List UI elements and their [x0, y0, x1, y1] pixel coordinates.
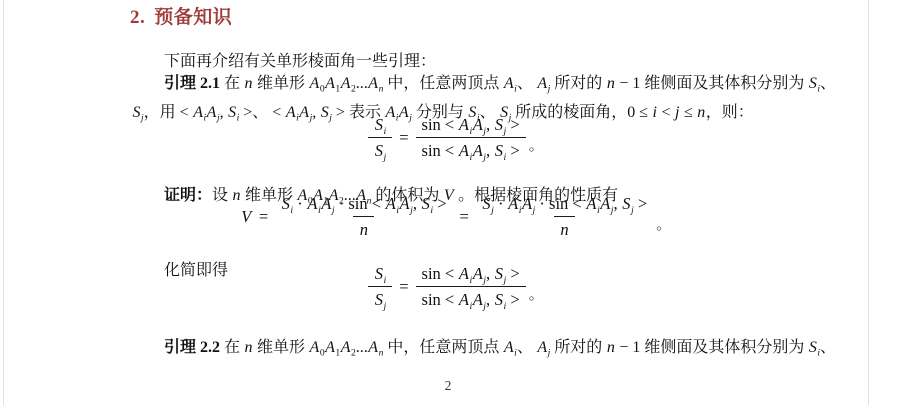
fraction-numerator: sin < AiAj, Sj > [416, 263, 526, 286]
fraction-si-sj: Si Sj [368, 114, 392, 161]
section-number: 2. [130, 7, 145, 28]
fraction-sin-ratio: sin < AiAj, Sj > sin < AiAj, Si > [416, 114, 526, 161]
formula-ratio-1: Si Sj = sin < AiAj, Sj > sin < AiAj, Si … [4, 114, 868, 161]
page-number: 2 [4, 378, 868, 394]
formula-period: 。 [656, 213, 671, 234]
section-title: 预备知识 [154, 7, 232, 28]
equals-sign: = [399, 277, 408, 297]
formula-volume: V = Si · AiAj · sin < AiAj, Si > n = Sj … [4, 193, 868, 240]
fraction-numerator: Si [368, 263, 392, 286]
fraction-numerator: Sj · AiAj · sin < AiAj, Sj > [476, 193, 653, 216]
equals-sign: = [399, 128, 408, 148]
fraction-volume-j: Sj · AiAj · sin < AiAj, Sj > n [476, 193, 653, 240]
fraction-denominator: n [554, 216, 575, 240]
fraction-denominator: n [353, 216, 374, 240]
equals-sign: = [460, 207, 469, 227]
fraction-sin-ratio: sin < AiAj, Sj > sin < AiAj, Si > [416, 263, 526, 310]
fraction-numerator: sin < AiAj, Sj > [416, 114, 526, 137]
intro-line: 下面再介绍有关单形棱面角一些引理： [164, 51, 436, 73]
fraction-volume-i: Si · AiAj · sin < AiAj, Si > n [275, 193, 452, 240]
fraction-denominator: Sj [368, 137, 392, 161]
equals-sign: = [259, 207, 268, 227]
lemma-2-2-line-1: 引理 2.2 在 n 维单形 A0A1A2...An 中，任意两顶点 Ai、 A… [164, 337, 836, 359]
formula-period: 。 [529, 283, 544, 304]
fraction-denominator: Sj [368, 286, 392, 310]
volume-variable: V [241, 207, 252, 227]
fraction-denominator: sin < AiAj, Si > [416, 137, 526, 161]
lemma-2-1-line-1: 引理 2.1 在 n 维单形 A0A1A2...An 中，任意两顶点 Ai、 A… [164, 73, 836, 95]
document-page: 2.预备知识 下面再介绍有关单形棱面角一些引理： 引理 2.1 在 n 维单形 … [3, 0, 869, 405]
fraction-numerator: Si · AiAj · sin < AiAj, Si > [275, 193, 452, 216]
fraction-si-sj: Si Sj [368, 263, 392, 310]
formula-period: 。 [529, 134, 544, 155]
formula-ratio-2: Si Sj = sin < AiAj, Sj > sin < AiAj, Si … [4, 263, 868, 310]
section-heading: 2.预备知识 [130, 2, 232, 29]
fraction-denominator: sin < AiAj, Si > [416, 286, 526, 310]
fraction-numerator: Si [368, 114, 392, 137]
